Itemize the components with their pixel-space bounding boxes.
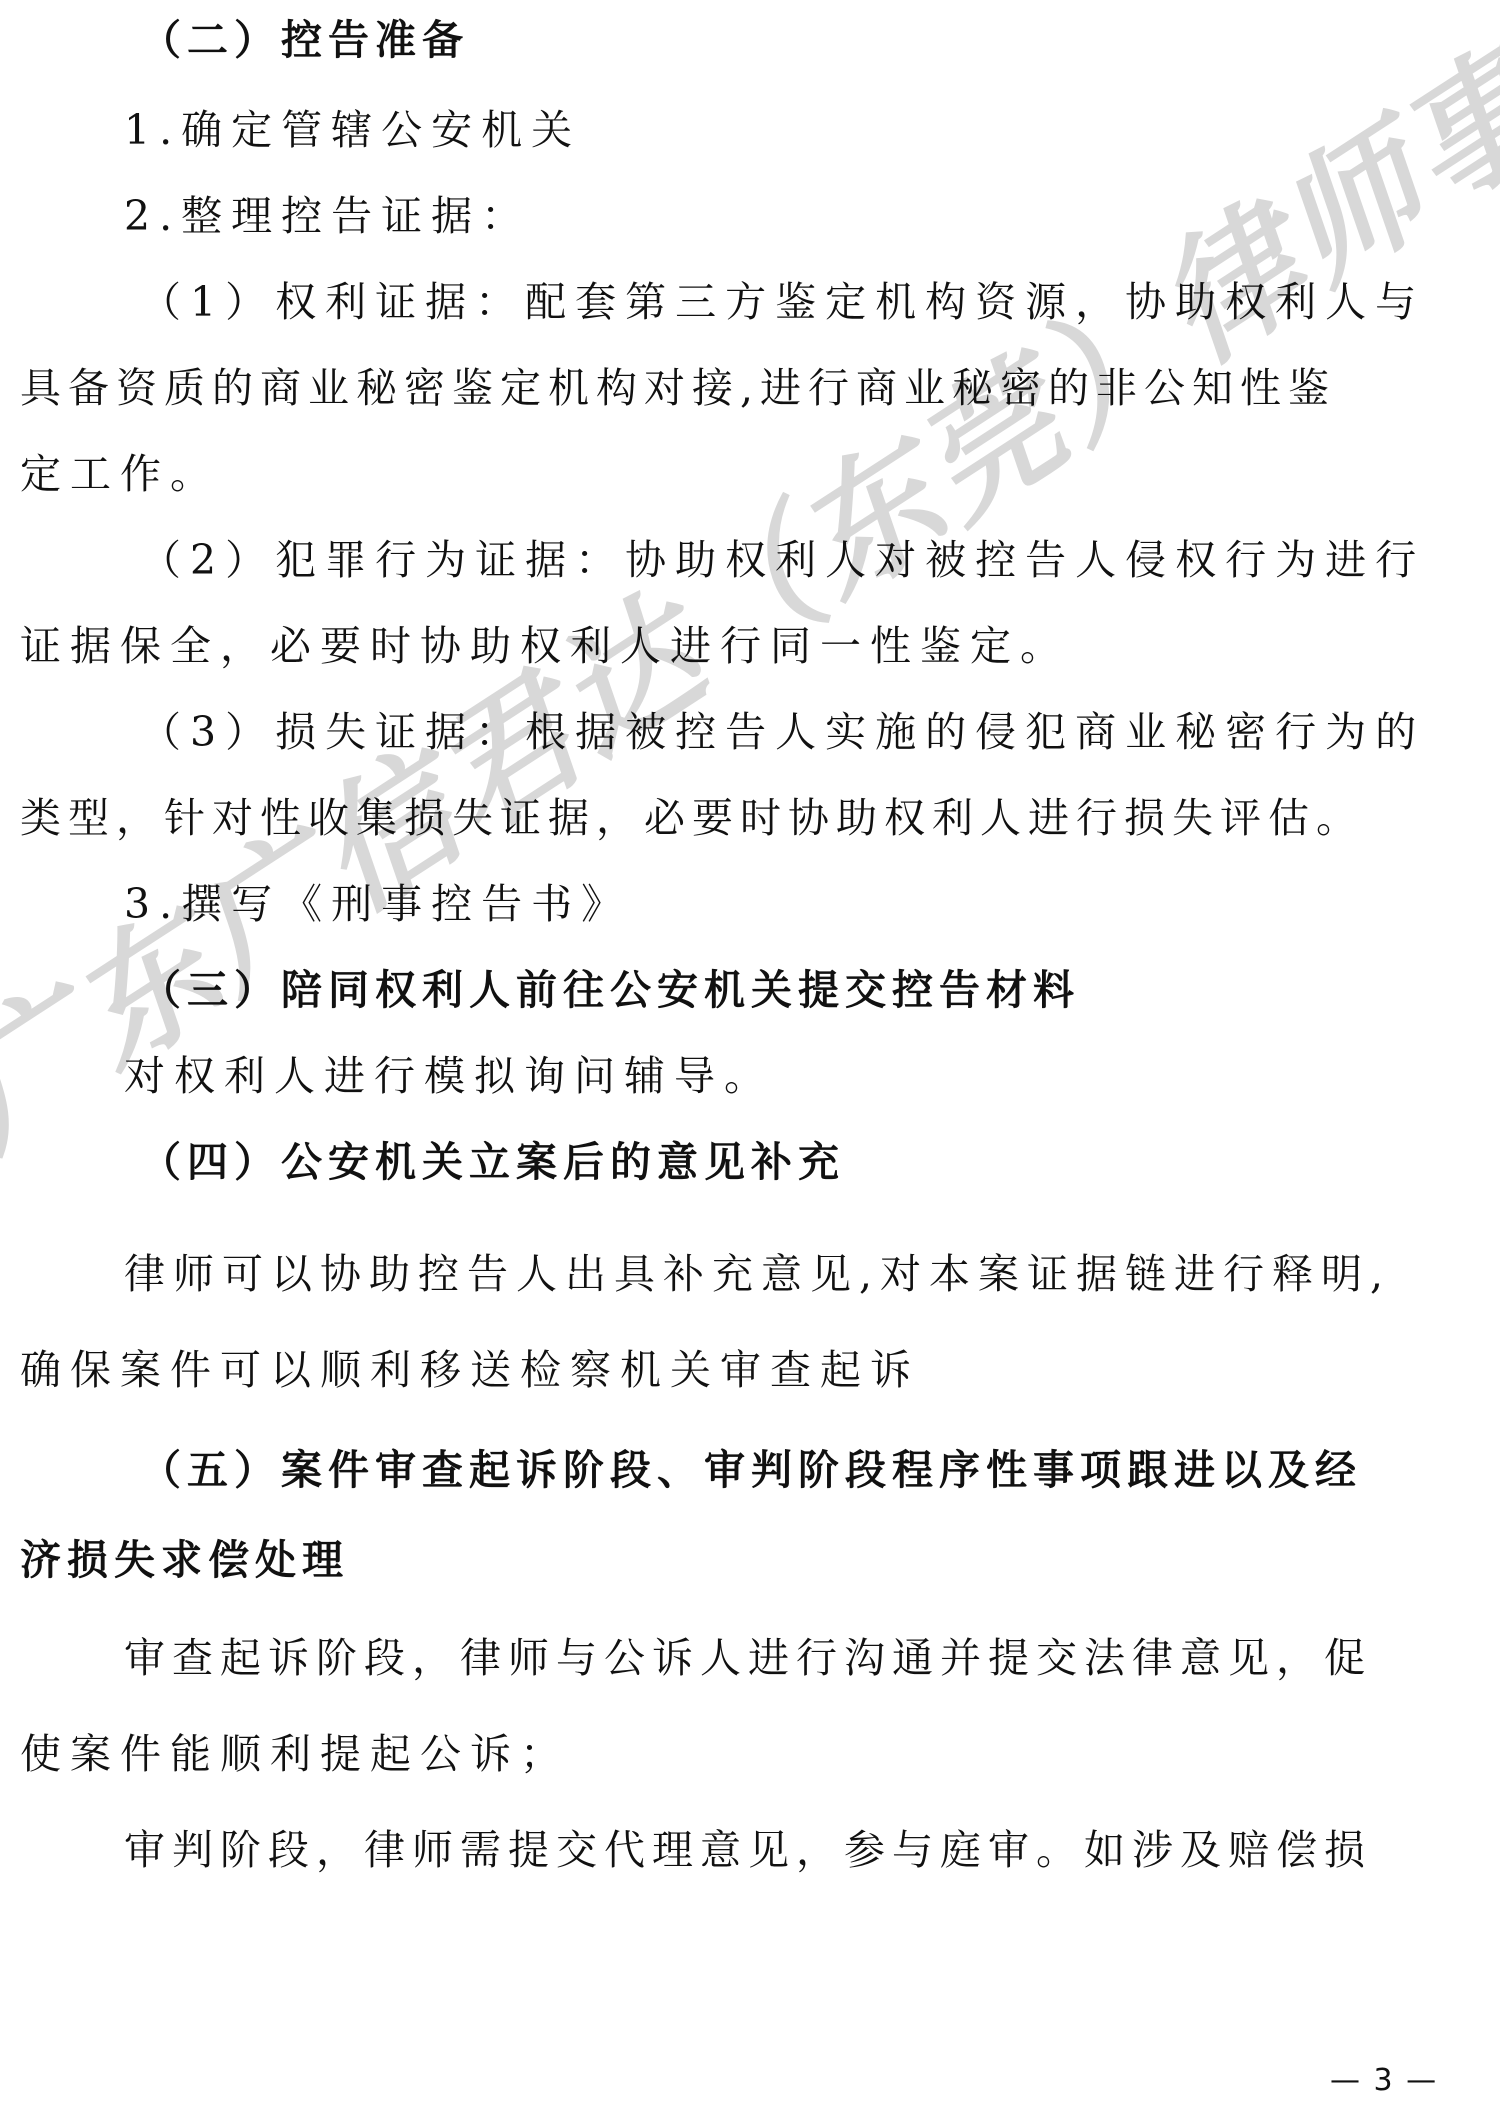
paragraph-prosecution-line-1: 审查起诉阶段，律师与公诉人进行沟通并提交法律意见，促 bbox=[124, 1628, 1372, 1688]
paragraph-mock-interview: 对权利人进行模拟询问辅导。 bbox=[124, 1046, 774, 1106]
paragraph-criminal-evidence-line-1: （2）犯罪行为证据：协助权利人对被控告人侵权行为进行 bbox=[140, 530, 1425, 590]
page-number: — 3 — bbox=[1330, 2064, 1438, 2098]
paragraph-rights-evidence-line-2: 具备资质的商业秘密鉴定机构对接,进行商业秘密的非公知性鉴 bbox=[20, 358, 1336, 418]
heading-section-2: （二）控告准备 bbox=[140, 10, 469, 70]
heading-section-5-line-2: 济损失求偿处理 bbox=[20, 1530, 349, 1590]
item-3-write-complaint: 3.撰写《刑事控告书》 bbox=[124, 874, 631, 934]
paragraph-trial-line-1: 审判阶段，律师需提交代理意见，参与庭审。如涉及赔偿损 bbox=[124, 1820, 1372, 1880]
paragraph-loss-evidence-line-1: （3）损失证据：根据被控告人实施的侵犯商业秘密行为的 bbox=[140, 702, 1425, 762]
item-2-evidence: 2.整理控告证据： bbox=[124, 186, 531, 246]
paragraph-criminal-evidence-line-2: 证据保全，必要时协助权利人进行同一性鉴定。 bbox=[20, 616, 1070, 676]
item-1-jurisdiction: 1.确定管辖公安机关 bbox=[124, 100, 581, 160]
paragraph-prosecution-line-2: 使案件能顺利提起公诉； bbox=[20, 1724, 570, 1784]
heading-section-5-line-1: （五）案件审查起诉阶段、审判阶段程序性事项跟进以及经 bbox=[140, 1440, 1362, 1500]
paragraph-supplementary-opinion-line-2: 确保案件可以顺利移送检察机关审查起诉 bbox=[20, 1340, 920, 1400]
paragraph-supplementary-opinion-line-1: 律师可以协助控告人出具补充意见,对本案证据链进行释明, bbox=[124, 1244, 1391, 1304]
heading-section-4: （四）公安机关立案后的意见补充 bbox=[140, 1132, 845, 1192]
paragraph-rights-evidence-line-3: 定工作。 bbox=[20, 444, 220, 504]
document-page: 广东广信君达（东莞）律师事务所 （二）控告准备 1.确定管辖公安机关 2.整理控… bbox=[0, 0, 1500, 2112]
paragraph-rights-evidence-line-1: （1）权利证据：配套第三方鉴定机构资源，协助权利人与 bbox=[140, 272, 1425, 332]
paragraph-loss-evidence-line-2: 类型，针对性收集损失证据，必要时协助权利人进行损失评估。 bbox=[20, 788, 1364, 848]
heading-section-3: （三）陪同权利人前往公安机关提交控告材料 bbox=[140, 960, 1080, 1020]
